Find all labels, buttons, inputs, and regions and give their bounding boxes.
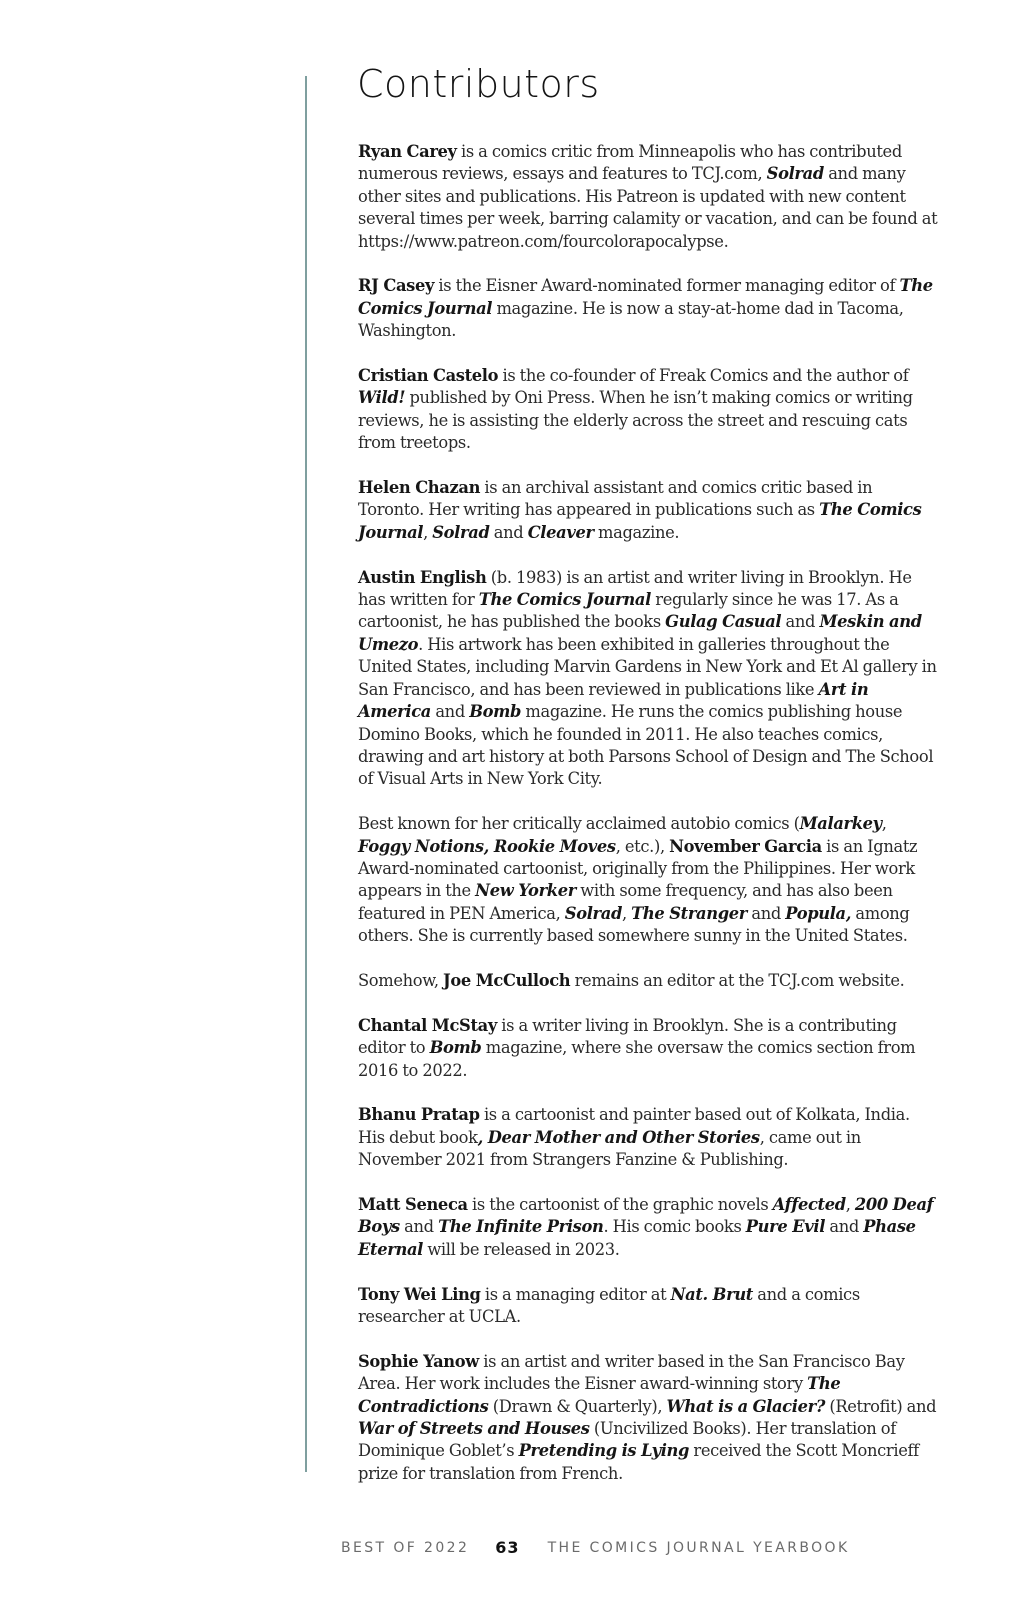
contributor-name: Cristian Castelo <box>358 366 498 385</box>
bio-text: , <box>846 1195 855 1214</box>
bio-text: , etc.), <box>616 837 669 856</box>
bio-text: published by Oni Press. When he isn’t ma… <box>358 388 913 452</box>
bio-text: and <box>781 612 819 631</box>
contributor-bio: Helen Chazan is an archival assistant an… <box>358 477 938 544</box>
work-title: , Dear Mother and Other Stories <box>478 1128 760 1147</box>
bio-text: and <box>431 702 469 721</box>
contributor-name: Joe McCulloch <box>443 971 570 990</box>
contributor-bio: Matt Seneca is the cartoonist of the gra… <box>358 1194 938 1261</box>
work-title: Gulag Casual <box>665 612 781 631</box>
bio-text: and <box>400 1217 438 1236</box>
work-title: Foggy Notions, Rookie Moves <box>358 837 616 856</box>
footer-publication-title: THE COMICS JOURNAL YEARBOOK <box>548 1540 850 1556</box>
contributor-name: Bhanu Pratap <box>358 1105 480 1124</box>
contributor-name: Chantal McStay <box>358 1016 497 1035</box>
work-title: Wild! <box>358 388 405 407</box>
contributor-name: Ryan Carey <box>358 142 457 161</box>
work-title: Popula, <box>785 904 851 923</box>
work-title: Bomb <box>469 702 521 721</box>
contributor-name: Austin English <box>358 568 486 587</box>
bio-text: magazine. <box>594 523 680 542</box>
work-title: What is a Glacier? <box>667 1397 826 1416</box>
bio-text: is a managing editor at <box>481 1285 671 1304</box>
contributor-bio: Ryan Carey is a comics critic from Minne… <box>358 141 938 253</box>
work-title: Nat. Brut <box>671 1285 753 1304</box>
bio-text: Somehow, <box>358 971 443 990</box>
work-title: Solrad <box>767 164 824 183</box>
contributor-name: Matt Seneca <box>358 1195 468 1214</box>
bio-text: , <box>882 814 887 833</box>
work-title: Bomb <box>430 1038 482 1057</box>
bio-text: remains an editor at the TCJ.com website… <box>570 971 904 990</box>
contributor-bio: RJ Casey is the Eisner Award-nominated f… <box>358 275 938 342</box>
bio-text: . His comic books <box>604 1217 746 1236</box>
left-margin-rule <box>305 76 307 1472</box>
bio-text: (Drawn & Quarterly), <box>488 1397 666 1416</box>
contributors-list: Ryan Carey is a comics critic from Minne… <box>358 141 938 1508</box>
contributor-bio: Somehow, Joe McCulloch remains an editor… <box>358 970 938 992</box>
contributor-bio: Bhanu Pratap is a cartoonist and painter… <box>358 1104 938 1171</box>
contributor-bio: Best known for her critically acclaimed … <box>358 813 938 947</box>
page-title: Contributors <box>357 62 600 106</box>
bio-text: , <box>423 523 432 542</box>
footer-publication-year: BEST OF 2022 <box>341 1540 469 1556</box>
contributor-bio: Sophie Yanow is an artist and writer bas… <box>358 1351 938 1485</box>
work-title: Cleaver <box>528 523 594 542</box>
bio-text: will be released in 2023. <box>423 1240 620 1259</box>
bio-text: Best known for her critically acclaimed … <box>358 814 800 833</box>
work-title: Affected <box>773 1195 846 1214</box>
bio-text: is the cartoonist of the graphic novels <box>468 1195 773 1214</box>
contributor-bio: Tony Wei Ling is a managing editor at Na… <box>358 1284 938 1329</box>
work-title: New Yorker <box>475 881 576 900</box>
bio-text: and <box>489 523 527 542</box>
work-title: The Stranger <box>631 904 747 923</box>
work-title: War of Streets and Houses <box>358 1419 590 1438</box>
page-number: 63 <box>495 1538 519 1557</box>
contributor-name: November Garcia <box>669 837 822 856</box>
work-title: Solrad <box>432 523 489 542</box>
contributor-bio: Chantal McStay is a writer living in Bro… <box>358 1015 938 1082</box>
page-footer: BEST OF 2022 63 THE COMICS JOURNAL YEARB… <box>341 1538 881 1557</box>
bio-text: , <box>622 904 631 923</box>
bio-text: and <box>825 1217 863 1236</box>
bio-text: (Retrofit) and <box>825 1397 936 1416</box>
work-title: Solrad <box>565 904 622 923</box>
work-title: The Infinite Prison <box>438 1217 603 1236</box>
bio-text: and <box>747 904 785 923</box>
contributor-name: Tony Wei Ling <box>358 1285 481 1304</box>
work-title: Malarkey <box>800 814 882 833</box>
contributor-bio: Austin English (b. 1983) is an artist an… <box>358 567 938 791</box>
contributor-name: RJ Casey <box>358 276 434 295</box>
bio-text: is the co-founder of Freak Comics and th… <box>498 366 908 385</box>
contributor-name: Sophie Yanow <box>358 1352 479 1371</box>
work-title: Pretending is Lying <box>519 1441 689 1460</box>
contributor-name: Helen Chazan <box>358 478 480 497</box>
contributor-bio: Cristian Castelo is the co-founder of Fr… <box>358 365 938 455</box>
work-title: The Comics Journal <box>479 590 651 609</box>
work-title: Pure Evil <box>746 1217 825 1236</box>
bio-text: is the Eisner Award-nominated former man… <box>434 276 899 295</box>
